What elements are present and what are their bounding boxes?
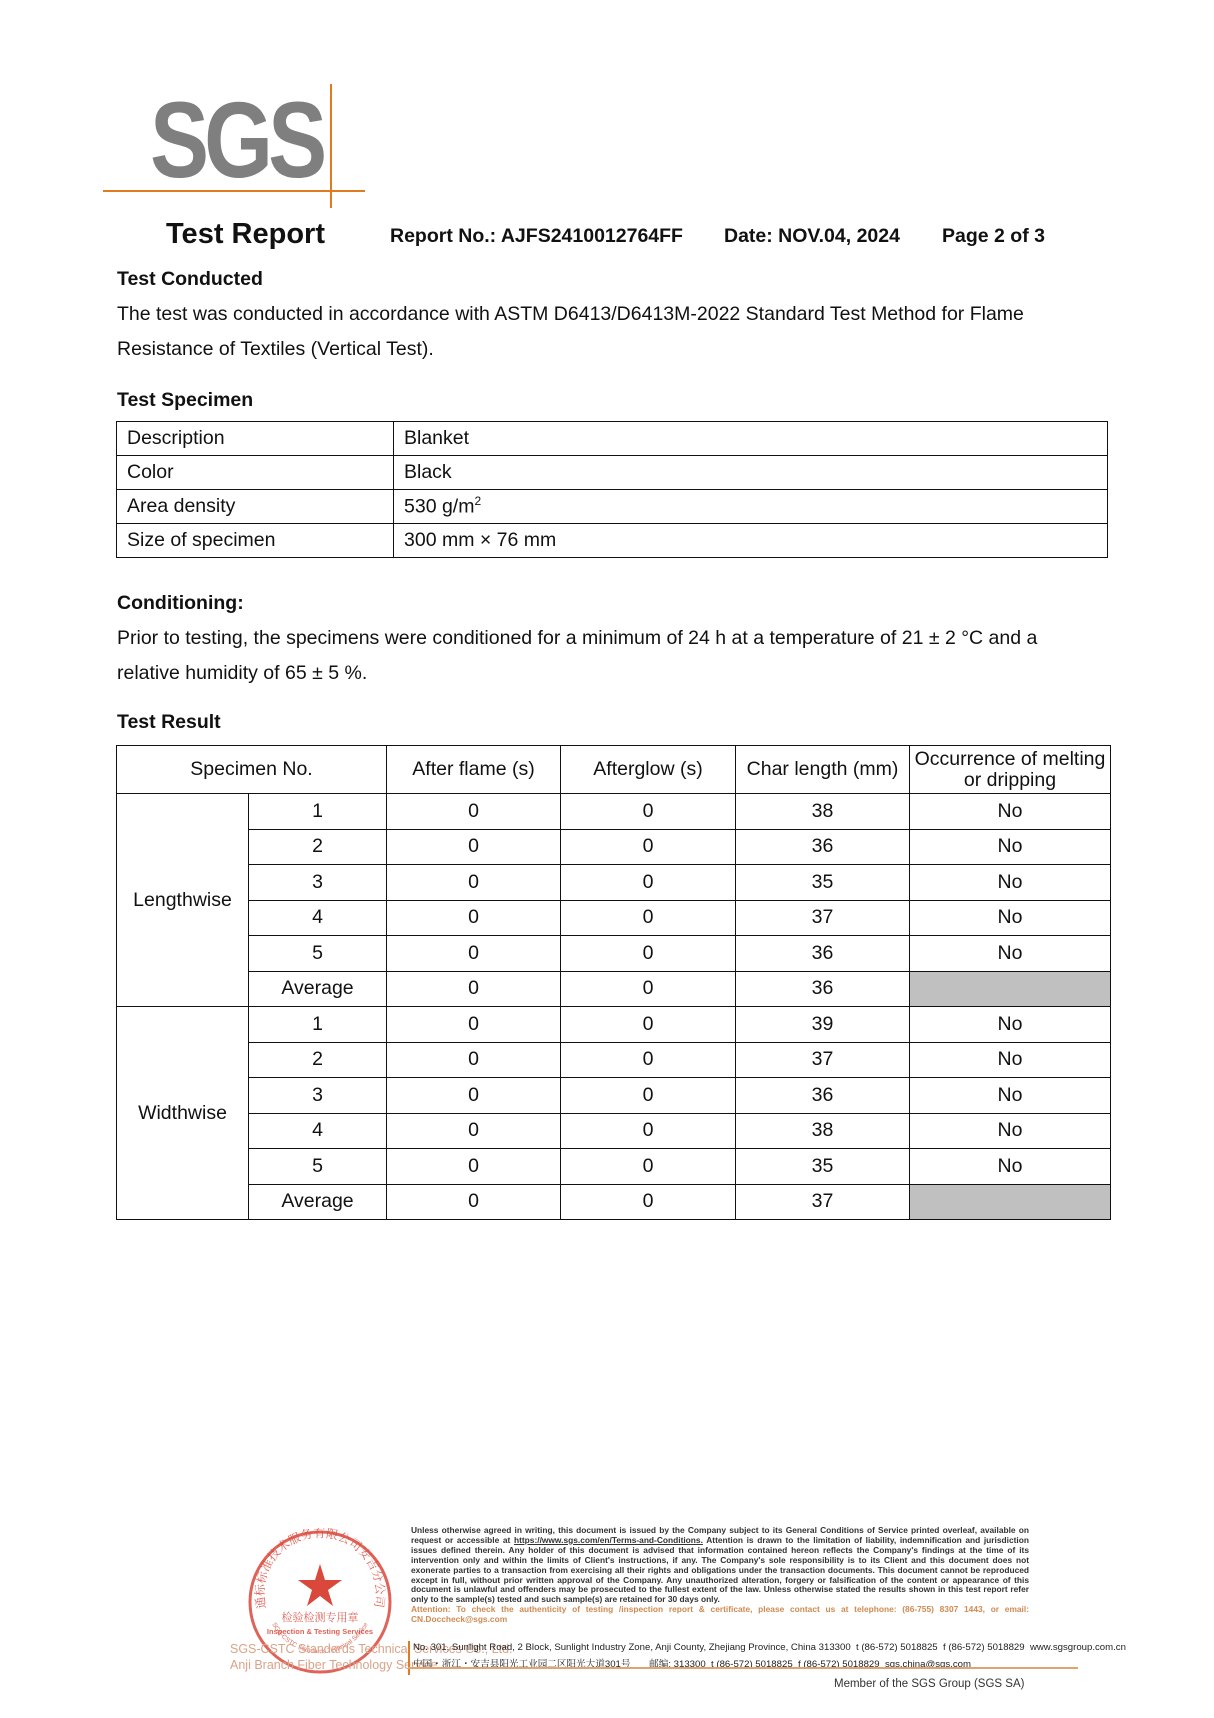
website-link[interactable]: www.sgsgroup.com.cn [1030, 1642, 1126, 1653]
melting-value: No [910, 1007, 1111, 1043]
conditioning-text: Prior to testing, the specimens were con… [117, 621, 1097, 691]
result-header-row: Specimen No. After flame (s) Afterglow (… [117, 746, 1111, 794]
specimen-number: 2 [249, 829, 387, 865]
char-length-value: 36 [736, 1078, 910, 1114]
afterglow-value: 0 [561, 1007, 736, 1043]
char-length-value: 37 [736, 900, 910, 936]
afterglow-value: 0 [561, 865, 736, 901]
address-english: No. 301, Sunlight Road, 2 Block, Sunligh… [413, 1642, 1126, 1653]
result-row: Average0037 [117, 1184, 1111, 1220]
result-row: 20037No [117, 1042, 1111, 1078]
specimen-number: 5 [249, 1149, 387, 1185]
after-flame-value: 0 [387, 900, 561, 936]
result-row: Widthwise10039No [117, 1007, 1111, 1043]
authenticity-notice: Attention: To check the authenticity of … [411, 1604, 1029, 1624]
melting-value [910, 1184, 1111, 1220]
result-row: 50036No [117, 936, 1111, 972]
char-length-value: 39 [736, 1007, 910, 1043]
specimen-value: Blanket [394, 422, 1108, 456]
result-row: Average0036 [117, 971, 1111, 1007]
specimen-number: 1 [249, 794, 387, 830]
melting-value: No [910, 865, 1111, 901]
after-flame-value: 0 [387, 1042, 561, 1078]
specimen-number: 4 [249, 900, 387, 936]
report-number: Report No.: AJFS2410012764FF [390, 225, 683, 248]
char-length-value: 35 [736, 1149, 910, 1185]
specimen-number: Average [249, 971, 387, 1007]
char-length-value: 37 [736, 1184, 910, 1220]
specimen-key: Size of specimen [117, 524, 394, 558]
stamp-center-cn: 检验检测专用章 [282, 1610, 359, 1624]
conditioning-heading: Conditioning: [117, 592, 244, 615]
star-icon [298, 1564, 342, 1606]
result-table: Specimen No. After flame (s) Afterglow (… [116, 745, 1111, 1220]
afterglow-value: 0 [561, 1078, 736, 1114]
after-flame-value: 0 [387, 971, 561, 1007]
specimen-number: 1 [249, 1007, 387, 1043]
char-length-value: 37 [736, 1042, 910, 1078]
address-accent-bar [408, 1641, 410, 1675]
test-conducted-heading: Test Conducted [117, 268, 263, 291]
specimen-row: Size of specimen300 mm × 76 mm [117, 524, 1108, 558]
after-flame-value: 0 [387, 1184, 561, 1220]
col-char-length: Char length (mm) [736, 746, 910, 794]
char-length-value: 36 [736, 829, 910, 865]
melting-value: No [910, 794, 1111, 830]
specimen-number: 5 [249, 936, 387, 972]
melting-value: No [910, 1042, 1111, 1078]
document-title: Test Report [166, 218, 325, 251]
specimen-table: DescriptionBlanketColorBlackArea density… [116, 421, 1108, 558]
specimen-number: 3 [249, 865, 387, 901]
specimen-number: 3 [249, 1078, 387, 1114]
specimen-number: Average [249, 1184, 387, 1220]
char-length-value: 38 [736, 1113, 910, 1149]
specimen-value: 530 g/m2 [394, 490, 1108, 524]
specimen-number: 2 [249, 1042, 387, 1078]
afterglow-value: 0 [561, 1149, 736, 1185]
after-flame-value: 0 [387, 1078, 561, 1114]
afterglow-value: 0 [561, 829, 736, 865]
after-flame-value: 0 [387, 1113, 561, 1149]
melting-value: No [910, 1078, 1111, 1114]
after-flame-value: 0 [387, 829, 561, 865]
logo-vertical-line [330, 84, 332, 208]
melting-value: No [910, 829, 1111, 865]
char-length-value: 38 [736, 794, 910, 830]
after-flame-value: 0 [387, 865, 561, 901]
result-row: 50035No [117, 1149, 1111, 1185]
result-row: 40037No [117, 900, 1111, 936]
result-row: 30035No [117, 865, 1111, 901]
test-result-heading: Test Result [117, 711, 221, 734]
sgs-logo: SGS [100, 84, 370, 214]
melting-value: No [910, 1113, 1111, 1149]
specimen-number: 4 [249, 1113, 387, 1149]
after-flame-value: 0 [387, 794, 561, 830]
col-afterglow: Afterglow (s) [561, 746, 736, 794]
report-date: Date: NOV.04, 2024 [724, 225, 900, 248]
specimen-key: Area density [117, 490, 394, 524]
afterglow-value: 0 [561, 900, 736, 936]
col-after-flame: After flame (s) [387, 746, 561, 794]
afterglow-value: 0 [561, 971, 736, 1007]
specimen-key: Color [117, 456, 394, 490]
test-specimen-heading: Test Specimen [117, 389, 253, 412]
char-length-value: 35 [736, 865, 910, 901]
result-row: Lengthwise10038No [117, 794, 1111, 830]
specimen-value: 300 mm × 76 mm [394, 524, 1108, 558]
specimen-row: DescriptionBlanket [117, 422, 1108, 456]
result-row: 20036No [117, 829, 1111, 865]
col-melting: Occurrence of melting or dripping [910, 746, 1111, 794]
melting-value: No [910, 936, 1111, 972]
specimen-value: Black [394, 456, 1108, 490]
result-row: 40038No [117, 1113, 1111, 1149]
logo-text: SGS [150, 90, 322, 190]
after-flame-value: 0 [387, 936, 561, 972]
afterglow-value: 0 [561, 1184, 736, 1220]
afterglow-value: 0 [561, 1113, 736, 1149]
terms-link[interactable]: https://www.sgs.com/en/Terms-and-Conditi… [514, 1535, 703, 1545]
afterglow-value: 0 [561, 794, 736, 830]
company-name-line2: Anji Branch Fiber Technology Service [230, 1658, 438, 1672]
result-row: 30036No [117, 1078, 1111, 1114]
afterglow-value: 0 [561, 1042, 736, 1078]
specimen-row: Area density530 g/m2 [117, 490, 1108, 524]
specimen-row: ColorBlack [117, 456, 1108, 490]
melting-value: No [910, 1149, 1111, 1185]
after-flame-value: 0 [387, 1007, 561, 1043]
char-length-value: 36 [736, 971, 910, 1007]
direction-group: Widthwise [117, 1007, 249, 1220]
logo-horizontal-line [103, 190, 365, 192]
melting-value [910, 971, 1111, 1007]
after-flame-value: 0 [387, 1149, 561, 1185]
afterglow-value: 0 [561, 936, 736, 972]
melting-value: No [910, 900, 1111, 936]
legal-disclaimer: Unless otherwise agreed in writing, this… [411, 1526, 1029, 1625]
specimen-key: Description [117, 422, 394, 456]
col-specimen-no: Specimen No. [117, 746, 387, 794]
test-conducted-text: The test was conducted in accordance wit… [117, 297, 1097, 367]
member-statement: Member of the SGS Group (SGS SA) [834, 1678, 1024, 1690]
char-length-value: 36 [736, 936, 910, 972]
page-number: Page 2 of 3 [942, 225, 1045, 248]
direction-group: Lengthwise [117, 794, 249, 1007]
footer-rule [408, 1667, 1078, 1669]
